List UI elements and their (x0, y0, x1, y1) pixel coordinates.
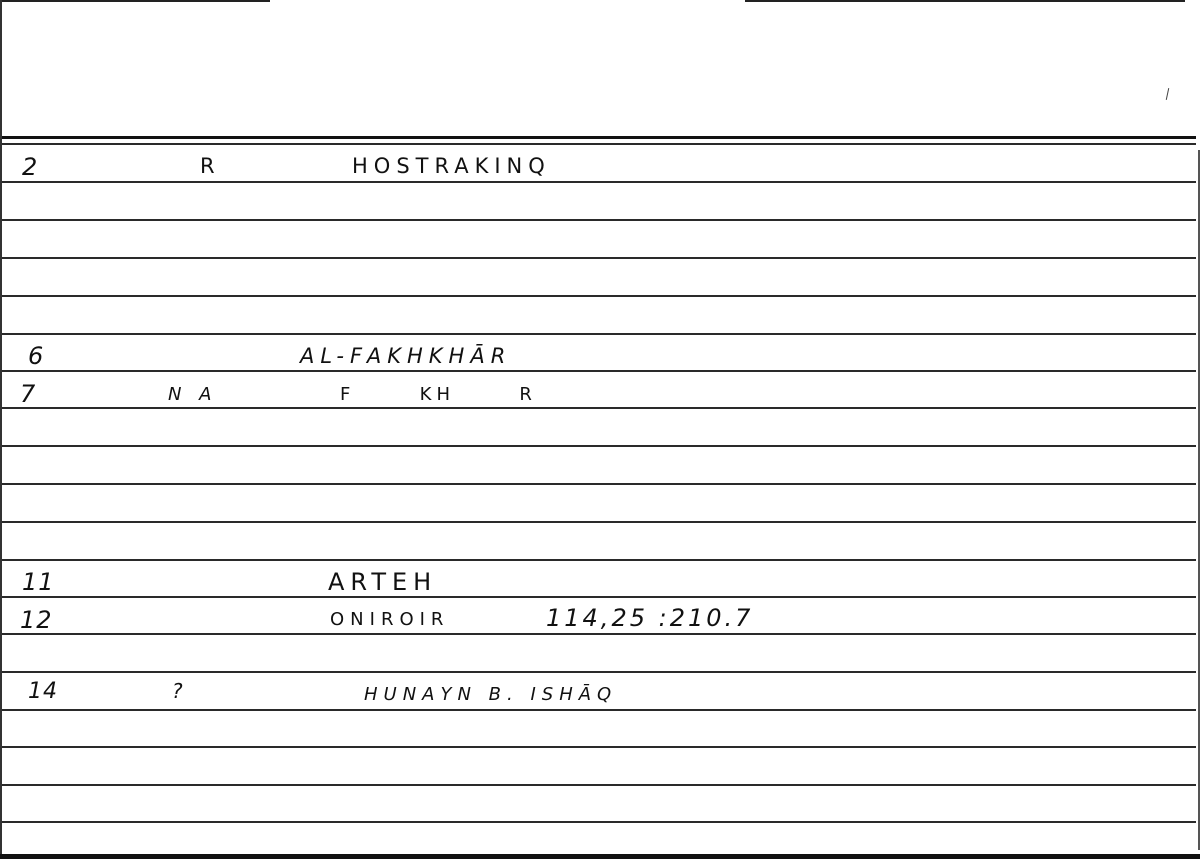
card-top-edge (745, 0, 1185, 2)
ruled-line (2, 596, 1196, 598)
ruled-line (2, 295, 1196, 297)
card-left-edge (0, 0, 2, 859)
entry-text: ARTEH (328, 570, 437, 594)
stray-mark (1166, 88, 1169, 100)
ruled-line (2, 257, 1196, 259)
entry-text: ONIROIR (330, 611, 449, 629)
entry-mark: R (200, 156, 221, 177)
ruled-line (2, 559, 1196, 561)
line-number: 6 (28, 344, 44, 368)
line-number: 7 (20, 382, 36, 406)
entry-reference: 114,25 :210.7 (546, 606, 753, 630)
line-number: 11 (22, 570, 55, 594)
entry-text: HUNAYN B. ISHĀQ (364, 686, 617, 704)
entry-text: HOSTRAKINQ (352, 156, 551, 177)
ruled-line (2, 521, 1196, 523)
card-top-edge (0, 0, 270, 2)
ruled-line (2, 746, 1196, 748)
ruled-line (2, 784, 1196, 786)
ruled-line (2, 333, 1196, 335)
ruled-line (2, 407, 1196, 409)
ruled-line (2, 633, 1196, 635)
ruled-line (2, 181, 1196, 183)
ruled-line (2, 483, 1196, 485)
ruled-line (2, 219, 1196, 221)
entry-text: AL-FAKHKHĀR (300, 346, 511, 367)
entry-mark: ? (172, 681, 184, 701)
ruled-line (2, 136, 1196, 139)
line-number: 12 (20, 608, 53, 632)
line-number: 2 (22, 155, 38, 179)
ruled-line (2, 709, 1196, 711)
ruled-line (2, 821, 1196, 823)
ruled-line (2, 143, 1196, 145)
ruled-line (2, 671, 1196, 673)
entry-text: F KH R (340, 386, 537, 404)
ruled-line (2, 445, 1196, 447)
ruled-line (2, 370, 1196, 372)
line-number: 14 (28, 681, 58, 703)
entry-mark: N A (168, 386, 218, 404)
card-bottom-edge (0, 854, 1200, 859)
index-card: 2 R HOSTRAKINQ 6 AL-FAKHKHĀR 7 N A F KH … (0, 0, 1200, 859)
